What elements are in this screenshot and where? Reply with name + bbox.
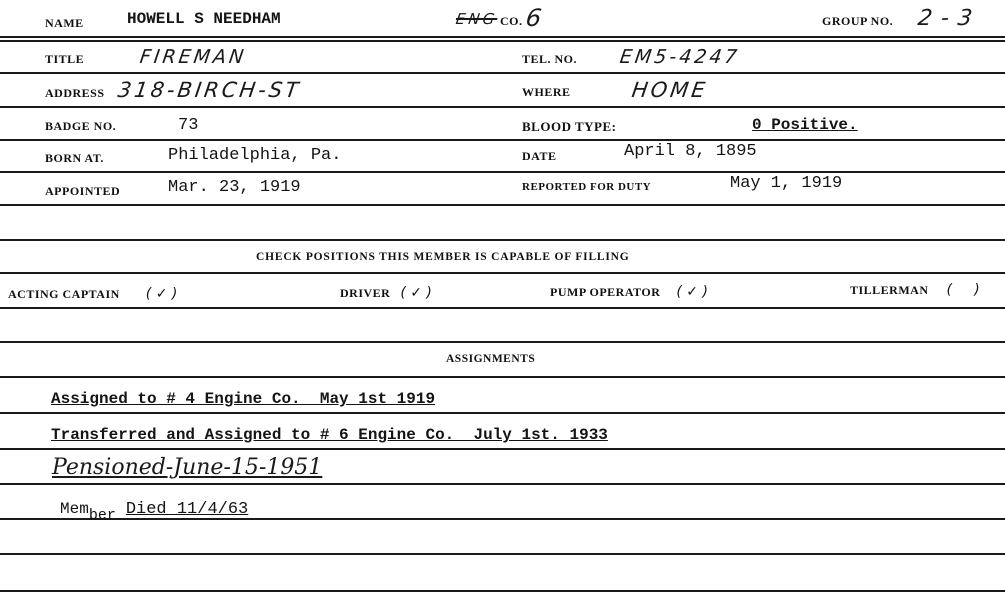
header-rule-bottom (0, 40, 1005, 42)
address-label: ADDRESS (45, 86, 105, 101)
date-label: DATE (522, 149, 556, 164)
position-tillerman[interactable]: TILLERMAN ( ) (850, 281, 980, 299)
reported-value: May 1, 1919 (730, 174, 842, 193)
position-acting-captain[interactable]: ACTING CAPTAIN ( ✓ ) (8, 285, 177, 303)
reported-label: REPORTED FOR DUTY (522, 181, 651, 193)
position-label: TILLERMAN (850, 283, 929, 297)
rule-assign-1 (0, 412, 1005, 414)
member-died-entry: Member Died 11/4/63 (60, 500, 248, 519)
rule-assign-2 (0, 448, 1005, 450)
rule-title (0, 72, 1005, 74)
badge-label: BADGE NO. (45, 119, 116, 134)
group-label: GROUP NO. (822, 14, 893, 29)
company-prefix-struck: ENG (455, 10, 499, 28)
group-value: 2 - 3 (916, 6, 974, 31)
blood-value: 0 Positive. (752, 116, 858, 134)
assignment-entry: Transferred and Assigned to # 6 Engine C… (51, 426, 608, 444)
header-rule-top (0, 36, 1005, 38)
rule-assign-6 (0, 590, 1005, 592)
address-value: 318-BIRCH-ST (116, 78, 302, 102)
rule-address (0, 106, 1005, 108)
died-date: Died 11/4/63 (126, 500, 248, 519)
date-value: April 8, 1895 (624, 142, 757, 161)
pensioned-entry: Pensioned-June-15-1951 (52, 455, 322, 480)
member-prefix: Mem (60, 500, 89, 518)
rule-born (0, 171, 1005, 173)
position-label: DRIVER (340, 286, 390, 300)
checkmark-icon: ( ✓ ) (676, 284, 708, 300)
empty-check-box: ( ) (947, 282, 980, 298)
rule-assign-5 (0, 553, 1005, 555)
position-label: PUMP OPERATOR (550, 285, 660, 299)
rule-blank (0, 239, 1005, 241)
position-driver[interactable]: DRIVER ( ✓ ) (340, 284, 432, 302)
rule-assignments-heading (0, 376, 1005, 378)
name-value: HOWELL S NEEDHAM (127, 10, 281, 28)
rule-assign-3 (0, 483, 1005, 485)
where-value: HOME (630, 78, 709, 102)
position-label: ACTING CAPTAIN (8, 287, 120, 301)
assignments-heading: ASSIGNMENTS (446, 353, 535, 365)
badge-value: 73 (178, 116, 198, 135)
company-label: CO. (500, 14, 523, 29)
member-sub: ber (89, 507, 116, 524)
positions-heading: CHECK POSITIONS THIS MEMBER IS CAPABLE O… (256, 251, 630, 263)
name-label: NAME (45, 16, 84, 31)
assignment-entry: Assigned to # 4 Engine Co. May 1st 1919 (51, 390, 435, 408)
tel-label: TEL. NO. (522, 52, 577, 67)
rule-check-heading (0, 272, 1005, 274)
appointed-value: Mar. 23, 1919 (168, 178, 301, 197)
checkmark-icon: ( ✓ ) (146, 286, 178, 302)
rule-appointed (0, 204, 1005, 206)
title-value: FIREMAN (138, 46, 247, 68)
title-label: TITLE (45, 52, 84, 67)
rule-badge (0, 139, 1005, 141)
checkmark-icon: ( ✓ ) (400, 285, 432, 301)
born-label: BORN AT. (45, 151, 104, 166)
position-pump-operator[interactable]: PUMP OPERATOR ( ✓ ) (550, 283, 708, 301)
tel-value: EM5-4247 (618, 46, 741, 68)
blood-label: BLOOD TYPE: (522, 119, 616, 135)
rule-blank-2 (0, 341, 1005, 343)
born-value: Philadelphia, Pa. (168, 146, 341, 165)
rule-positions (0, 307, 1005, 309)
appointed-label: APPOINTED (45, 184, 120, 199)
where-label: WHERE (522, 85, 571, 100)
company-value: 6 (524, 4, 546, 32)
